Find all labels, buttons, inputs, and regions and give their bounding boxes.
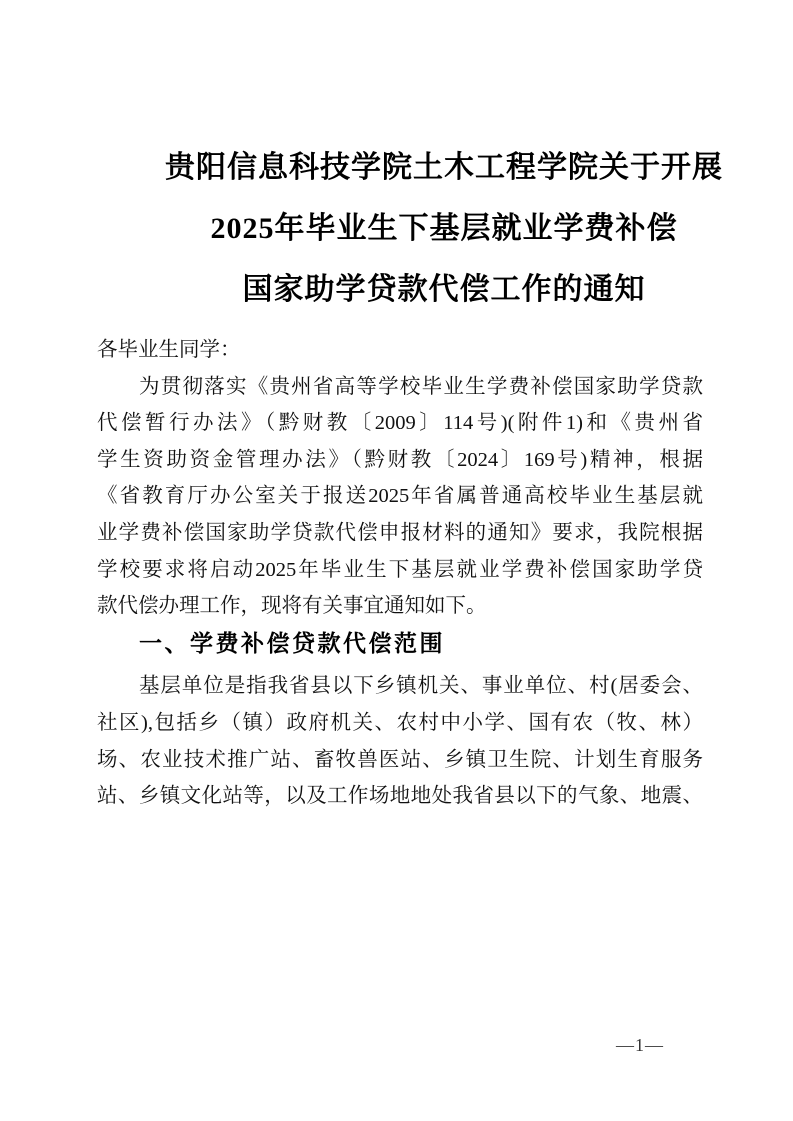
title-line-1: 贵阳信息科技学院土木工程学院关于开展 (95, 137, 793, 198)
paragraph-line: 站、乡镇文化站等，以及工作场地地处我省县以下的气象、地震、 (97, 778, 703, 815)
document-title: 贵阳信息科技学院土木工程学院关于开展 2025年毕业生下基层就业学费补偿 国家助… (95, 137, 793, 320)
paragraph-line: 场、农业技术推广站、畜牧兽医站、乡镇卫生院、计划生育服务 (97, 742, 703, 779)
paragraph-line: 款代偿办理工作，现将有关事宜通知如下。 (97, 588, 703, 625)
paragraph-1: 为贯彻落实《贵州省高等学校毕业生学费补偿国家助学贷款 代偿暂行办法》（黔财教〔2… (97, 369, 703, 625)
paragraph-line: 为贯彻落实《贵州省高等学校毕业生学费补偿国家助学贷款 (97, 369, 703, 406)
paragraph-line: 业学费补偿国家助学贷款代偿申报材料的通知》要求，我院根据 (97, 515, 703, 552)
paragraph-line: 基层单位是指我省县以下乡镇机关、事业单位、村(居委会、 (97, 668, 703, 705)
paragraph-line: 代偿暂行办法》（黔财教〔2009〕114号)(附件1)和《贵州省 (97, 405, 703, 442)
paragraph-line: 《省教育厅办公室关于报送2025年省属普通高校毕业生基层就 (97, 478, 703, 515)
title-line-2: 2025年毕业生下基层就业学费补偿 (95, 198, 793, 259)
paragraph-2: 基层单位是指我省县以下乡镇机关、事业单位、村(居委会、 社区),包括乡（镇）政府… (97, 668, 703, 814)
paragraph-line: 学校要求将启动2025年毕业生下基层就业学费补偿国家助学贷 (97, 552, 703, 589)
salutation-line: 各毕业生同学： (97, 332, 703, 369)
document-body: 各毕业生同学： 为贯彻落实《贵州省高等学校毕业生学费补偿国家助学贷款 代偿暂行办… (97, 332, 703, 815)
document-page: 贵阳信息科技学院土木工程学院关于开展 2025年毕业生下基层就业学费补偿 国家助… (0, 0, 793, 1121)
page-number: —1— (598, 1035, 682, 1056)
title-line-3: 国家助学贷款代偿工作的通知 (95, 259, 793, 320)
paragraph-line: 社区),包括乡（镇）政府机关、农村中小学、国有农（牧、林） (97, 705, 703, 742)
section-1-heading: 一、学费补偿贷款代偿范围 (97, 625, 703, 662)
paragraph-line: 学生资助资金管理办法》（黔财教〔2024〕169号)精神，根据 (97, 442, 703, 479)
